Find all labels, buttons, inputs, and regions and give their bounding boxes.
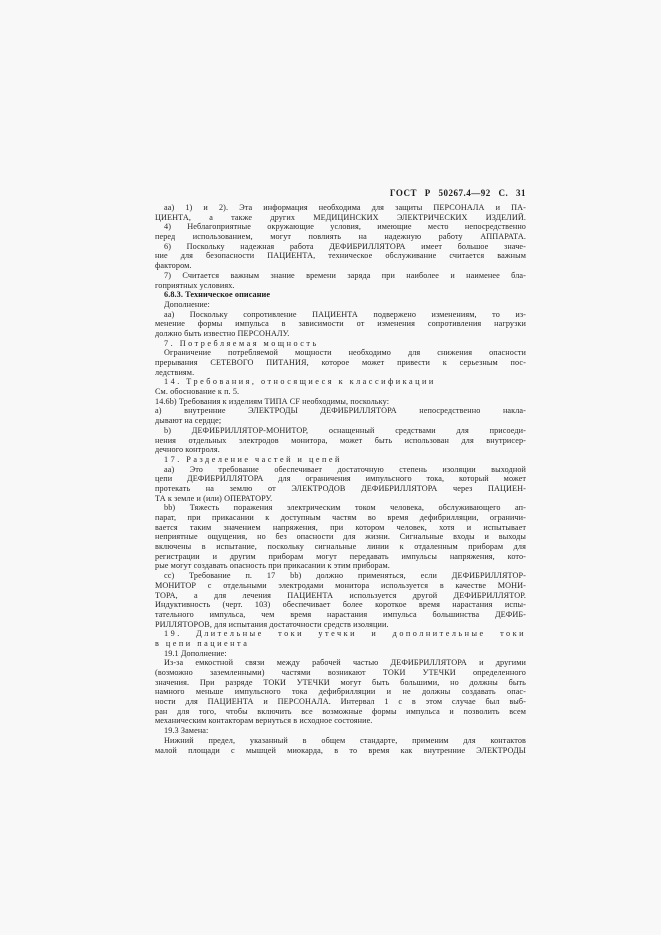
- text-line: гоприятных условиях.: [155, 281, 526, 291]
- text-line: сс) Требование п. 17 bb) должно применят…: [155, 571, 526, 581]
- text-line: (возможно заземленными) частями возникаю…: [155, 668, 526, 678]
- text-line: значения. При разряде ТОКИ УТЕЧКИ могут …: [155, 678, 526, 688]
- text-line: в цепи пациента: [155, 639, 526, 649]
- page-header: ГОСТ Р 50267.4—92 С. 31: [155, 188, 526, 199]
- text-line: рые могут создавать опасность при прикас…: [155, 561, 526, 571]
- text-line: Индуктивность (черт. 103) обеспечивает б…: [155, 600, 526, 610]
- text-line: включены в испытание, поскольку сигнальн…: [155, 542, 526, 552]
- text-line: ледствиям.: [155, 368, 526, 378]
- text-line: неприятные ощущения, но без опасности дл…: [155, 532, 526, 542]
- text-line: механическим контакторам вернуться в исх…: [155, 716, 526, 726]
- text-block: ГОСТ Р 50267.4—92 С. 31 аа) 1) и 2). Эта…: [155, 188, 526, 755]
- text-line: должно быть известно ПЕРСОНАЛУ.: [155, 329, 526, 339]
- text-line: перед использованием, могут повлиять на …: [155, 232, 526, 242]
- scanned-document-page: ГОСТ Р 50267.4—92 С. 31 аа) 1) и 2). Эта…: [0, 0, 661, 935]
- text-line: bb) Тяжесть поражения электрическим токо…: [155, 503, 526, 513]
- text-line: ТОРА, а для лечения ПАЦИЕНТА используетс…: [155, 591, 526, 601]
- text-line: ние для безопасности ПАЦИЕНТА, техническ…: [155, 251, 526, 261]
- text-line: 17. Разделение частей и цепей: [155, 455, 526, 465]
- text-line: 7. Потребляемая мощность: [155, 339, 526, 349]
- text-line: МОНИТОР с отдельными электродами монитор…: [155, 581, 526, 591]
- text-line: вается таким значением напряжения, при к…: [155, 523, 526, 533]
- text-line: Ограничение потребляемой мощности необхо…: [155, 348, 526, 358]
- text-line: Дополнение:: [155, 300, 526, 310]
- text-line: РИЛЛЯТОРОВ, для испытания достаточности …: [155, 620, 526, 630]
- text-line: ЦИЕНТА, а также других МЕДИЦИНСКИХ ЭЛЕКТ…: [155, 213, 526, 223]
- text-line: фактором.: [155, 261, 526, 271]
- text-line: дечного контроля.: [155, 445, 526, 455]
- text-line: 4) Неблагоприятные окружающие условия, и…: [155, 222, 526, 232]
- text-line: 6.8.3. Техническое описание: [155, 290, 526, 300]
- text-line: тательного импульса, чем время нарастани…: [155, 610, 526, 620]
- text-line: аа) Это требование обеспечивает достаточ…: [155, 465, 526, 475]
- text-line: См. обоснование к п. 5.: [155, 387, 526, 397]
- text-line: ран для того, чтобы включить все возможн…: [155, 707, 526, 717]
- text-line: аа) Поскольку сопротивление ПАЦИЕНТА под…: [155, 310, 526, 320]
- text-line: малой площади с мышцей миокарда, в то вр…: [155, 746, 526, 756]
- text-line: ности для ПАЦИЕНТА и ПЕРСОНАЛА. Интервал…: [155, 697, 526, 707]
- text-line: 19.1 Дополнение:: [155, 649, 526, 659]
- text-line: 14. Требования, относящиеся к классифика…: [155, 377, 526, 387]
- text-line: регистрации и другим приборам могут пере…: [155, 552, 526, 562]
- text-line: b) ДЕФИБРИЛЛЯТОР-МОНИТОР, оснащенный сре…: [155, 426, 526, 436]
- text-line: цепи ДЕФИБРИЛЛЯТОРА для ограничения импу…: [155, 474, 526, 484]
- text-line: ТА к земле и (или) ОПЕРАТОРУ.: [155, 494, 526, 504]
- text-line: прерывания СЕТЕВОГО ПИТАНИЯ, которое мож…: [155, 358, 526, 368]
- text-line: 6) Поскольку надежная работа ДЕФИБРИЛЛЯТ…: [155, 242, 526, 252]
- text-line: намного меньше импульсного тока дефибрил…: [155, 687, 526, 697]
- body-text: аа) 1) и 2). Эта информация необходима д…: [155, 203, 526, 755]
- text-line: а) внутренние ЭЛЕКТРОДЫ ДЕФИБРИЛЛЯТОРА н…: [155, 406, 526, 416]
- text-line: нения отдельных электродов монитора, мож…: [155, 436, 526, 446]
- text-line: дывают на сердце;: [155, 416, 526, 426]
- text-line: протекать на землю от ЭЛЕКТРОДОВ ДЕФИБРИ…: [155, 484, 526, 494]
- text-line: аа) 1) и 2). Эта информация необходима д…: [155, 203, 526, 213]
- text-line: 19.3 Замена:: [155, 726, 526, 736]
- text-line: менение формы импульса в зависимости от …: [155, 319, 526, 329]
- text-line: парат, при прикасании к доступным частям…: [155, 513, 526, 523]
- text-line: 19. Длительные токи утечки и дополнитель…: [155, 629, 526, 639]
- text-line: Из-за емкостной связи между рабочей част…: [155, 658, 526, 668]
- text-line: 14.6b) Требования к изделиям ТИПА CF нео…: [155, 397, 526, 407]
- text-line: 7) Считается важным знание времени заряд…: [155, 271, 526, 281]
- text-line: Нижний предел, указанный в общем стандар…: [155, 736, 526, 746]
